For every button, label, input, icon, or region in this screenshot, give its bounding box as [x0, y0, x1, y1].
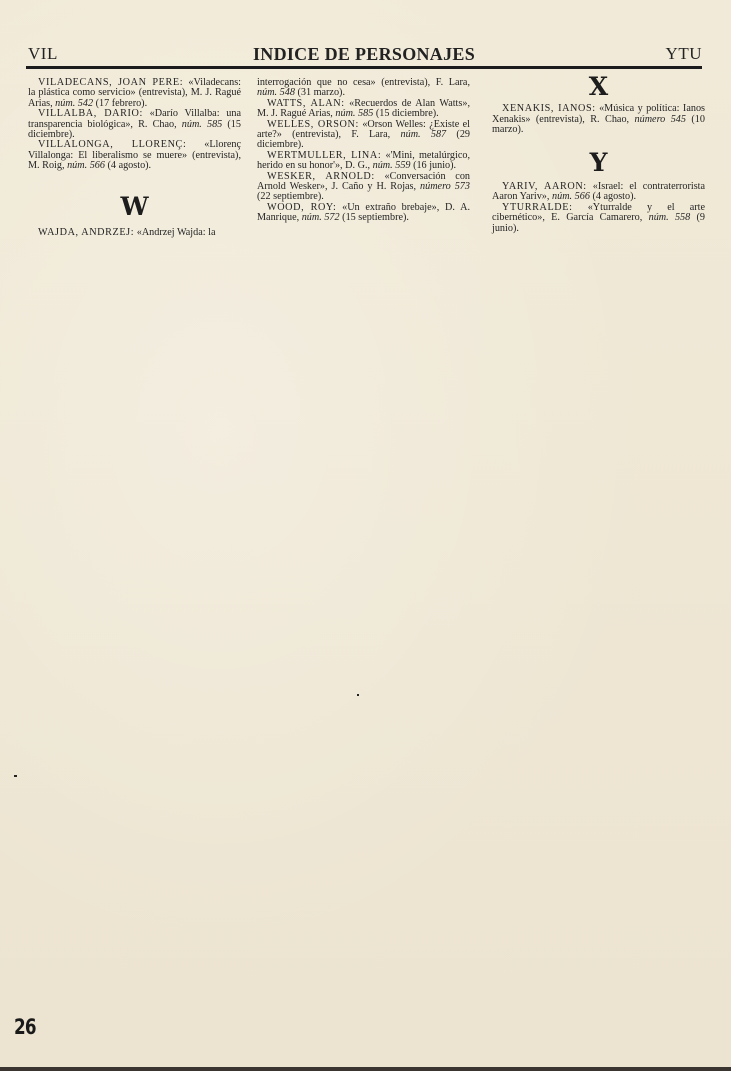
entry-date: (15 septiembre). — [340, 212, 409, 223]
index-entry: WERTMULLER, LINA: «'Mini, metalúrgico, h… — [257, 151, 470, 172]
entry-text: interrogación que no cesa» (entrevista),… — [257, 77, 470, 88]
entry-name: XENAKIS, IANOS: — [502, 103, 596, 114]
entry-issue: núm. 542 — [55, 98, 93, 109]
print-speck — [14, 775, 17, 777]
entry-name: VILLALBA, DARIO: — [38, 108, 143, 119]
running-header: VIL INDICE DE PERSONAJES YTU — [26, 42, 702, 68]
entry-name: WERTMULLER, LINA: — [267, 150, 381, 161]
entry-issue: núm. 566 — [67, 160, 105, 171]
entry-issue: núm. 585 — [335, 108, 373, 119]
entry-date: (4 agosto). — [105, 160, 151, 171]
index-entry: WAJDA, ANDRZEJ: «Andrzej Wajda: la — [28, 228, 241, 238]
column-1: VILADECANS, JOAN PERE: «Viladecans: la p… — [28, 78, 241, 238]
entry-name: WELLES, ORSON: — [267, 119, 359, 130]
index-entry: WATTS, ALAN: «Recuerdos de Alan Watts», … — [257, 99, 470, 120]
entry-date: (16 junio). — [411, 160, 457, 171]
section-letter-w: W — [28, 202, 241, 212]
entry-name: YTURRALDE: — [502, 202, 573, 213]
print-speck — [357, 694, 359, 696]
index-entry: VILADECANS, JOAN PERE: «Viladecans: la p… — [28, 78, 241, 109]
section-letter-y: Y — [492, 158, 705, 168]
index-entry: VILLALBA, DARIO: «Darío Villalba: una tr… — [28, 109, 241, 140]
entry-name: VILLALONGA, LLORENÇ: — [38, 139, 186, 150]
index-entry: WELLES, ORSON: «Orson Welles: ¿Existe el… — [257, 120, 470, 151]
entry-text: «Andrzej Wajda: la — [134, 227, 215, 238]
section-letter-x: X — [492, 82, 705, 92]
entry-name: WOOD, ROY: — [267, 202, 336, 213]
index-entry: WESKER, ARNOLD: «Conversación con Arnold… — [257, 172, 470, 203]
entry-date: (31 marzo). — [295, 87, 345, 98]
entry-issue: número 573 — [420, 181, 470, 192]
index-entry: YARIV, AARON: «Israel: el contraterroris… — [492, 182, 705, 203]
entry-name: YARIV, AARON: — [502, 181, 587, 192]
entry-date: (22 septiembre). — [257, 191, 324, 202]
page-title: INDICE DE PERSONAJES — [26, 44, 702, 65]
entry-name: VILADECANS, JOAN PERE: — [38, 77, 183, 88]
entry-issue: núm. 558 — [649, 212, 691, 223]
entry-date: (4 agosto). — [590, 191, 636, 202]
entry-date: (15 diciembre). — [373, 108, 438, 119]
header-rule — [26, 66, 702, 69]
entry-date: (17 febrero). — [93, 98, 147, 109]
entry-issue: núm. 566 — [552, 191, 590, 202]
index-entry: XENAKIS, IANOS: «Música y política: Iano… — [492, 104, 705, 135]
entry-issue: número 545 — [635, 114, 686, 125]
page-number: 26 — [14, 1015, 36, 1039]
entry-name: WESKER, ARNOLD: — [267, 171, 375, 182]
page-bottom-edge — [0, 1067, 731, 1071]
right-guide-word: YTU — [666, 44, 702, 64]
entry-issue: núm. 585 — [182, 119, 223, 130]
index-entry: WOOD, ROY: «Un extraño brebaje», D. A. M… — [257, 203, 470, 224]
column-3: X XENAKIS, IANOS: «Música y política: Ia… — [492, 78, 705, 234]
index-entry: VILLALONGA, LLORENÇ: «Llorenç Villalonga… — [28, 140, 241, 171]
entry-issue: núm. 559 — [373, 160, 411, 171]
entries-v: VILADECANS, JOAN PERE: «Viladecans: la p… — [28, 78, 241, 172]
index-entry-continued: interrogación que no cesa» (entrevista),… — [257, 78, 470, 99]
entries-w: WAJDA, ANDRZEJ: «Andrzej Wajda: la — [28, 228, 241, 238]
entry-issue: núm. 548 — [257, 87, 295, 98]
index-entry: YTURRALDE: «Yturralde y el arte cibernét… — [492, 203, 705, 234]
entry-issue: núm. 587 — [401, 129, 447, 140]
entry-name: WATTS, ALAN: — [267, 98, 345, 109]
column-2: interrogación que no cesa» (entrevista),… — [257, 78, 470, 224]
entry-issue: núm. 572 — [302, 212, 340, 223]
entry-name: WAJDA, ANDRZEJ: — [38, 227, 134, 238]
